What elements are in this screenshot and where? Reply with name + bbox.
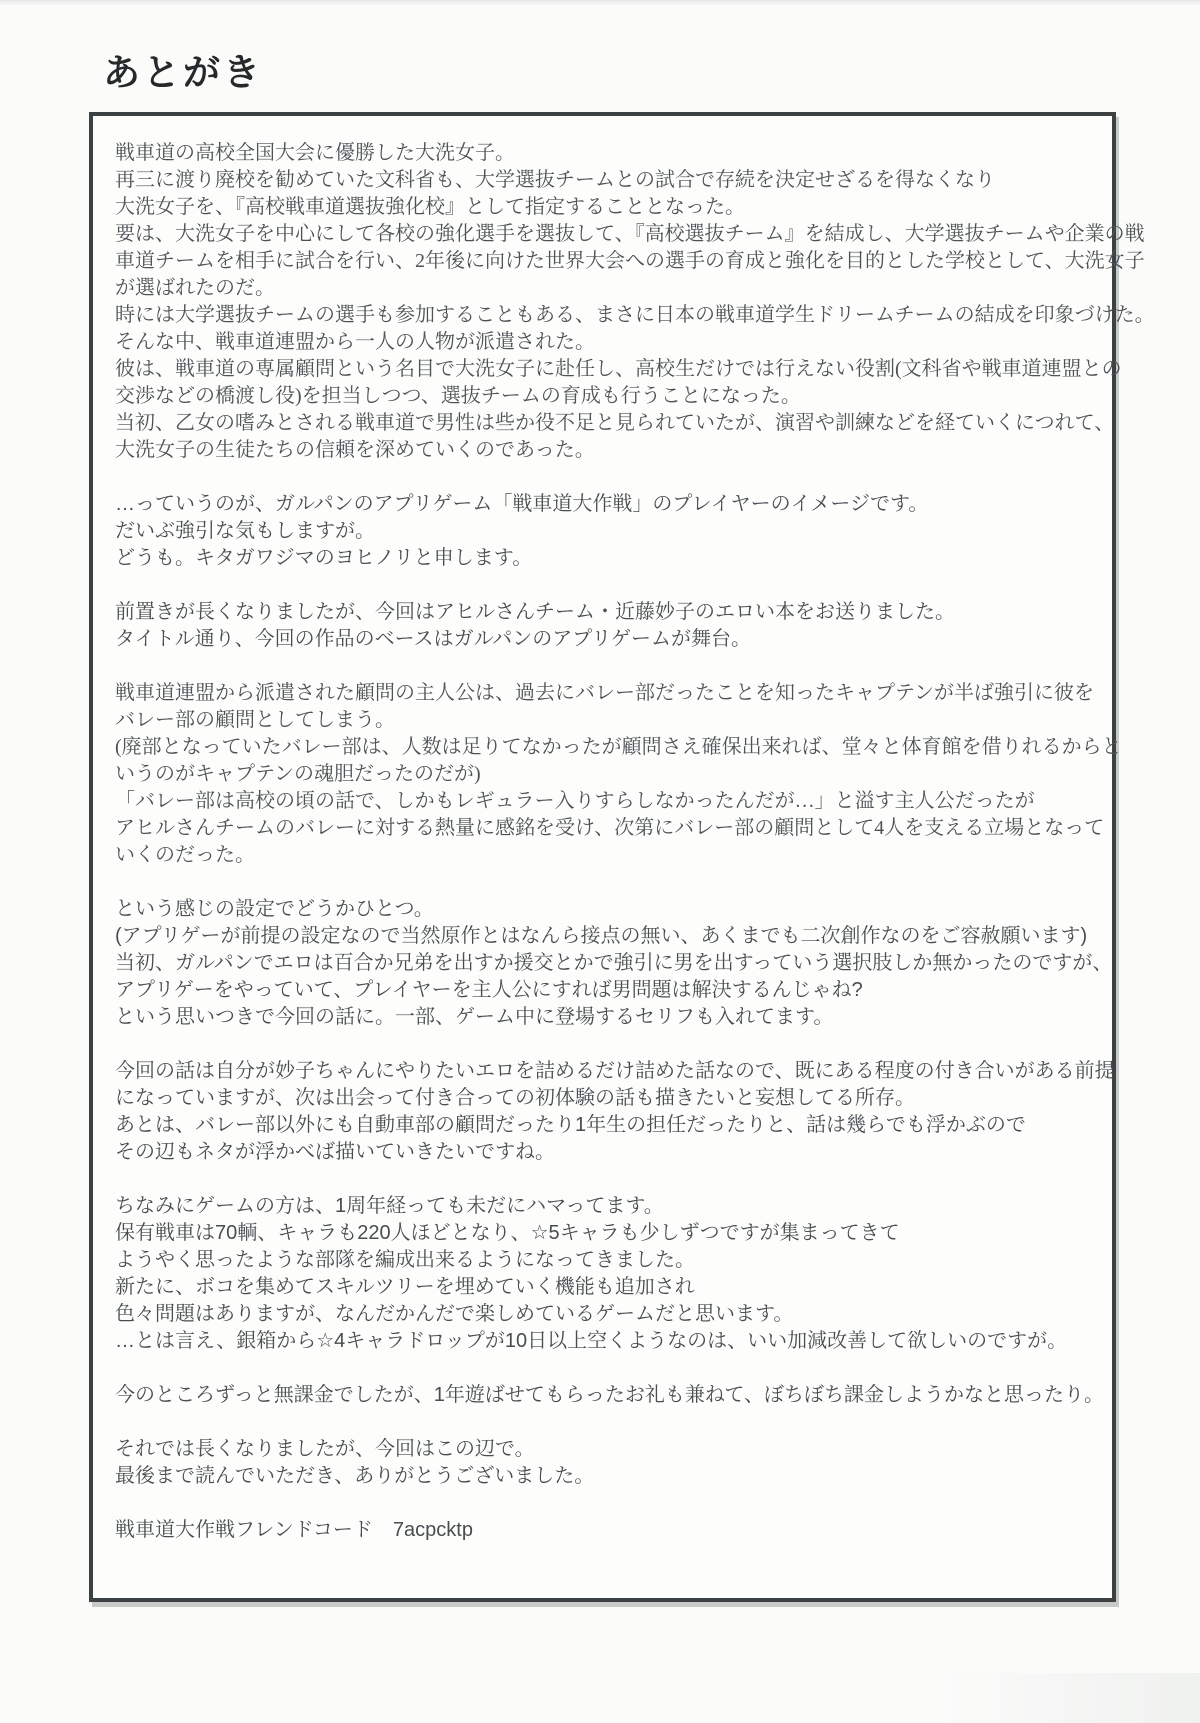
paragraph: 戦車道連盟から派遣された顧問の主人公は、過去にバレー部だったことを知ったキャプテ… <box>115 680 1100 869</box>
text-line: だいぶ強引な気もしますが。 <box>115 518 1100 545</box>
paragraph: 前置きが長くなりましたが、今回はアヒルさんチーム・近藤妙子のエロい本をお送りまし… <box>115 599 1100 653</box>
text-line: 今のところずっと無課金でしたが、1年遊ばせてもらったお礼も兼ねて、ぼちぼち課金し… <box>115 1382 1100 1409</box>
text-line: 戦車道連盟から派遣された顧問の主人公は、過去にバレー部だったことを知ったキャプテ… <box>115 680 1100 707</box>
text-line: になっていますが、次は出会って付き合っての初体験の話も描きたいと妄想してる所存。 <box>115 1085 1100 1112</box>
text-line: 大洗女子の生徒たちの信頼を深めていくのであった。 <box>115 437 1100 464</box>
text-line: が選ばれたのだ。 <box>115 275 1100 302</box>
paragraph: …っていうのが、ガルパンのアプリゲーム「戦車道大作戦」のプレイヤーのイメージです… <box>115 491 1100 572</box>
text-line: 新たに、ボコを集めてスキルツリーを埋めていく機能も追加され <box>115 1274 1100 1301</box>
text-line: …とは言え、銀箱から☆4キャラドロップが10日以上空くようなのは、いい加減改善し… <box>115 1328 1100 1355</box>
text-line: (廃部となっていたバレー部は、人数は足りてなかったが顧問さえ確保出来れば、堂々と… <box>115 734 1100 761</box>
text-line: という感じの設定でどうかひとつ。 <box>115 896 1100 923</box>
paragraph: ちなみにゲームの方は、1周年経っても未だにハマってます。保有戦車は70輌、キャラ… <box>115 1193 1100 1355</box>
text-line: 戦車道の高校全国大会に優勝した大洗女子。 <box>115 140 1100 167</box>
text-line: そんな中、戦車道連盟から一人の人物が派遣された。 <box>115 329 1100 356</box>
page-title: あとがき <box>103 42 263 96</box>
text-line: 大洗女子を、『高校戦車道選抜強化校』として指定することとなった。 <box>115 194 1100 221</box>
text-line: いうのがキャプテンの魂胆だったのだが) <box>115 761 1100 788</box>
text-line: 再三に渡り廃校を勧めていた文科省も、大学選抜チームとの試合で存続を決定せざるを得… <box>115 167 1100 194</box>
scan-edge-top <box>0 0 1200 5</box>
text-line: 時には大学選抜チームの選手も参加することもある、まさに日本の戦車道学生ドリームチ… <box>115 302 1100 329</box>
text-line: 戦車道大作戦フレンドコード 7acpcktp <box>115 1517 1100 1544</box>
text-line: 当初、乙女の嗜みとされる戦車道で男性は些か役不足と見られていたが、演習や訓練など… <box>115 410 1100 437</box>
text-line: (アプリゲーが前提の設定なので当然原作とはなんら接点の無い、あくまでも二次創作な… <box>115 923 1100 950</box>
paragraph: 戦車道大作戦フレンドコード 7acpcktp <box>115 1517 1100 1544</box>
scan-shade-bottom <box>940 1673 1200 1723</box>
text-line: 最後まで読んでいただき、ありがとうございました。 <box>115 1463 1100 1490</box>
paragraph: という感じの設定でどうかひとつ。(アプリゲーが前提の設定なので当然原作とはなんら… <box>115 896 1100 1031</box>
text-line: 要は、大洗女子を中心にして各校の強化選手を選抜して、『高校選抜チーム』を結成し、… <box>115 221 1100 248</box>
afterword-box: 戦車道の高校全国大会に優勝した大洗女子。再三に渡り廃校を勧めていた文科省も、大学… <box>89 112 1116 1602</box>
text-line: 当初、ガルパンでエロは百合か兄弟を出すか援交とかで強引に男を出すっていう選択肢し… <box>115 950 1100 977</box>
text-line: アヒルさんチームのバレーに対する熱量に感銘を受け、次第にバレー部の顧問として4人… <box>115 815 1100 842</box>
text-line: あとは、バレー部以外にも自動車部の顧問だったり1年生の担任だったりと、話は幾らで… <box>115 1112 1100 1139</box>
text-line: アプリゲーをやっていて、プレイヤーを主人公にすれば男問題は解決するんじゃね? <box>115 977 1100 1004</box>
text-line: その辺もネタが浮かべば描いていきたいですね。 <box>115 1139 1100 1166</box>
text-line: 「バレー部は高校の頃の話で、しかもレギュラー入りすらしなかったんだが…」と溢す主… <box>115 788 1100 815</box>
text-line: 前置きが長くなりましたが、今回はアヒルさんチーム・近藤妙子のエロい本をお送りまし… <box>115 599 1100 626</box>
text-line: 彼は、戦車道の専属顧問という名目で大洗女子に赴任し、高校生だけでは行えない役割(… <box>115 356 1100 383</box>
text-line: 保有戦車は70輌、キャラも220人ほどとなり、☆5キャラも少しずつですが集まって… <box>115 1220 1100 1247</box>
text-line: 車道チームを相手に試合を行い、2年後に向けた世界大会への選手の育成と強化を目的と… <box>115 248 1100 275</box>
text-line: 今回の話は自分が妙子ちゃんにやりたいエロを詰めるだけ詰めた話なので、既にある程度… <box>115 1058 1100 1085</box>
text-line: 色々問題はありますが、なんだかんだで楽しめているゲームだと思います。 <box>115 1301 1100 1328</box>
text-line: ちなみにゲームの方は、1周年経っても未だにハマってます。 <box>115 1193 1100 1220</box>
paragraph: 今回の話は自分が妙子ちゃんにやりたいエロを詰めるだけ詰めた話なので、既にある程度… <box>115 1058 1100 1166</box>
text-line: …っていうのが、ガルパンのアプリゲーム「戦車道大作戦」のプレイヤーのイメージです… <box>115 491 1100 518</box>
text-line: という思いつきで今回の話に。一部、ゲーム中に登場するセリフも入れてます。 <box>115 1004 1100 1031</box>
text-line: ようやく思ったような部隊を編成出来るようになってきました。 <box>115 1247 1100 1274</box>
text-line: 交渉などの橋渡し役)を担当しつつ、選抜チームの育成も行うことになった。 <box>115 383 1100 410</box>
text-line: タイトル通り、今回の作品のベースはガルパンのアプリゲームが舞台。 <box>115 626 1100 653</box>
text-line: いくのだった。 <box>115 842 1100 869</box>
paragraph: 今のところずっと無課金でしたが、1年遊ばせてもらったお礼も兼ねて、ぼちぼち課金し… <box>115 1382 1100 1409</box>
paragraph: それでは長くなりましたが、今回はこの辺で。最後まで読んでいただき、ありがとうござ… <box>115 1436 1100 1490</box>
text-line: どうも。キタガワジマのヨヒノリと申します。 <box>115 545 1100 572</box>
afterword-content: 戦車道の高校全国大会に優勝した大洗女子。再三に渡り廃校を勧めていた文科省も、大学… <box>93 116 1112 1544</box>
paragraph: 戦車道の高校全国大会に優勝した大洗女子。再三に渡り廃校を勧めていた文科省も、大学… <box>115 140 1100 464</box>
text-line: それでは長くなりましたが、今回はこの辺で。 <box>115 1436 1100 1463</box>
text-line: バレー部の顧問としてしまう。 <box>115 707 1100 734</box>
